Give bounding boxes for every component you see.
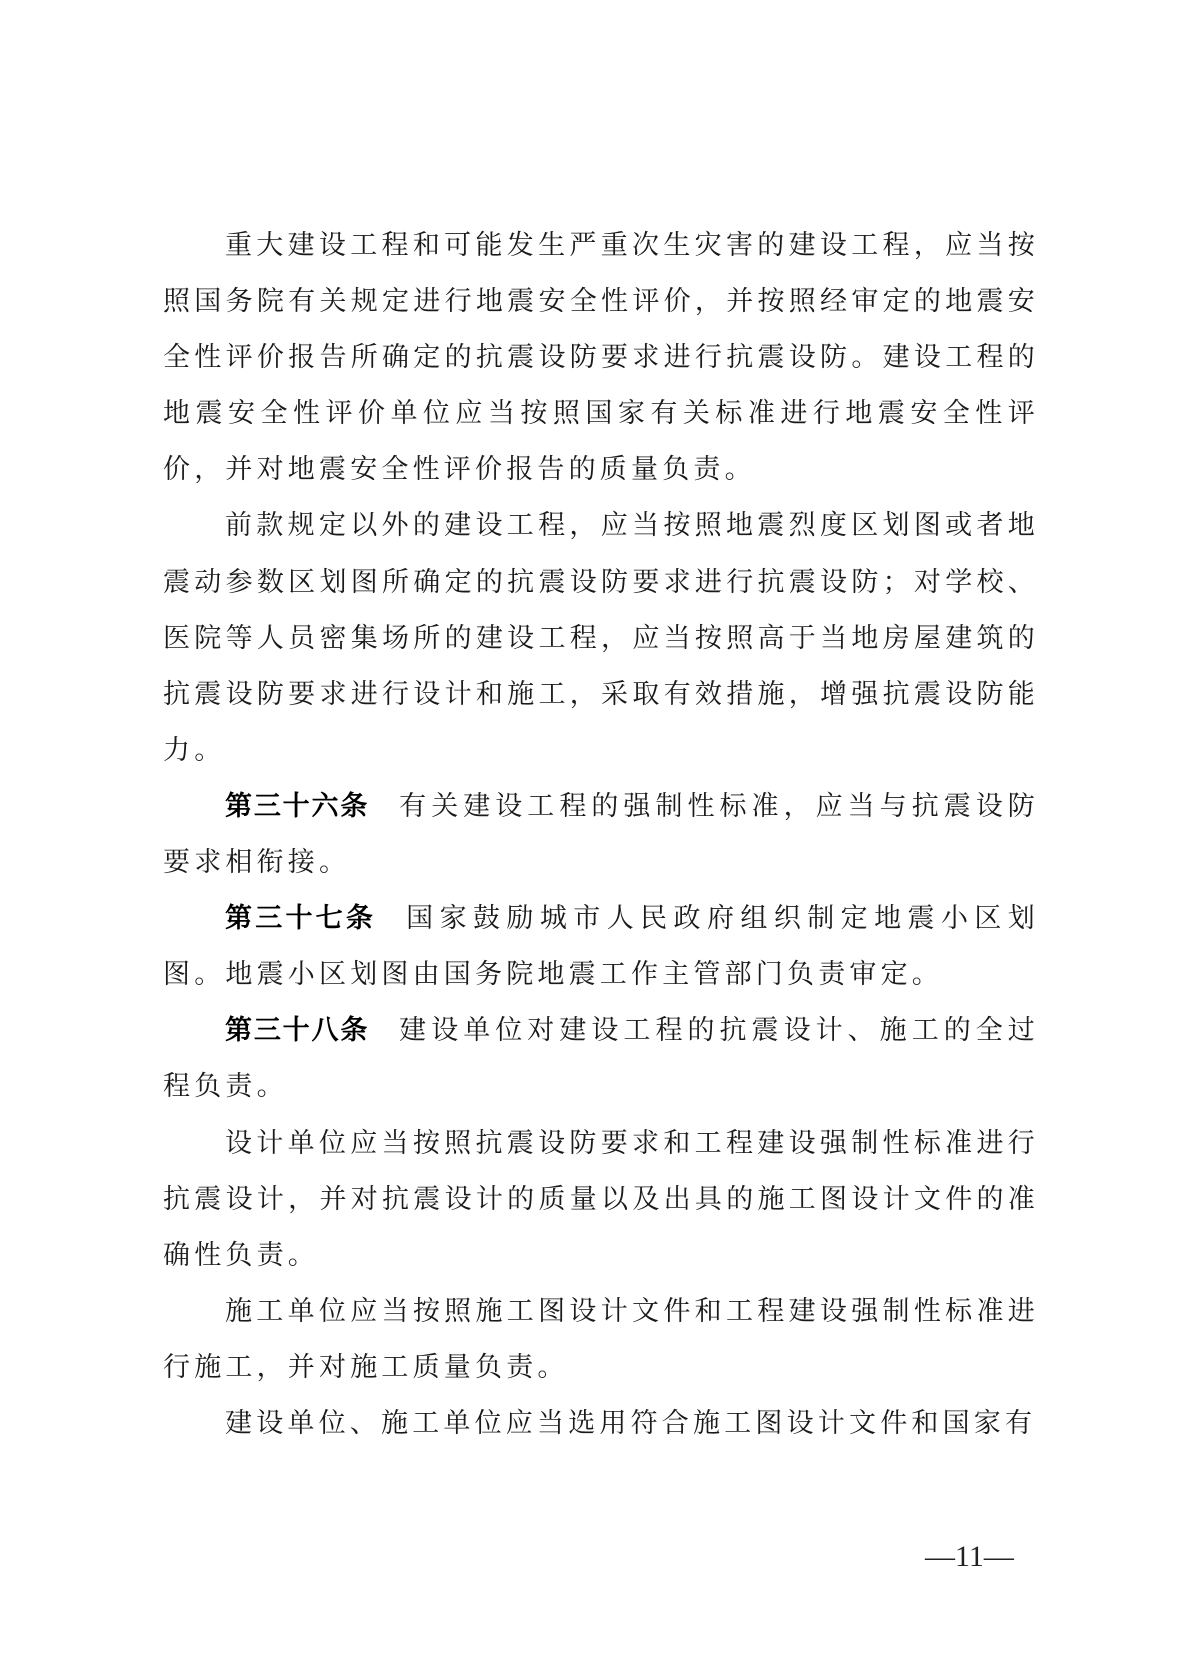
article-number: 第三十六条 bbox=[225, 791, 369, 822]
paragraph: 建设单位、施工单位应当选用符合施工图设计文件和国家有 bbox=[163, 1396, 1039, 1452]
paragraph-text: 建设单位、施工单位应当选用符合施工图设计文件和国家有 bbox=[225, 1408, 1036, 1439]
article-paragraph: 第三十八条建设单位对建设工程的抗震设计、施工的全过程负责。 bbox=[163, 1003, 1039, 1115]
body-text: 重大建设工程和可能发生严重次生灾害的建设工程，应当按照国务院有关规定进行地震安全… bbox=[163, 218, 1039, 1452]
paragraph: 前款规定以外的建设工程，应当按照地震烈度区划图或者地震动参数区划图所确定的抗震设… bbox=[163, 498, 1039, 778]
paragraph-text: 设计单位应当按照抗震设防要求和工程建设强制性标准进行抗震设计，并对抗震设计的质量… bbox=[163, 1128, 1039, 1271]
article-paragraph: 第三十七条国家鼓励城市人民政府组织制定地震小区划图。地震小区划图由国务院地震工作… bbox=[163, 891, 1039, 1003]
paragraph: 重大建设工程和可能发生严重次生灾害的建设工程，应当按照国务院有关规定进行地震安全… bbox=[163, 218, 1039, 498]
paragraph: 施工单位应当按照施工图设计文件和工程建设强制性标准进行施工，并对施工质量负责。 bbox=[163, 1284, 1039, 1396]
paragraph-text: 前款规定以外的建设工程，应当按照地震烈度区划图或者地震动参数区划图所确定的抗震设… bbox=[163, 510, 1039, 765]
article-paragraph: 第三十六条有关建设工程的强制性标准，应当与抗震设防要求相衔接。 bbox=[163, 779, 1039, 891]
paragraph: 设计单位应当按照抗震设防要求和工程建设强制性标准进行抗震设计，并对抗震设计的质量… bbox=[163, 1116, 1039, 1284]
page-number: —11— bbox=[925, 1540, 1014, 1574]
article-number: 第三十七条 bbox=[225, 903, 376, 934]
paragraph-text: 施工单位应当按照施工图设计文件和工程建设强制性标准进行施工，并对施工质量负责。 bbox=[163, 1296, 1039, 1383]
article-number: 第三十八条 bbox=[225, 1015, 369, 1046]
document-page: 重大建设工程和可能发生严重次生灾害的建设工程，应当按照国务院有关规定进行地震安全… bbox=[0, 0, 1185, 1678]
paragraph-text: 重大建设工程和可能发生严重次生灾害的建设工程，应当按照国务院有关规定进行地震安全… bbox=[163, 230, 1039, 485]
